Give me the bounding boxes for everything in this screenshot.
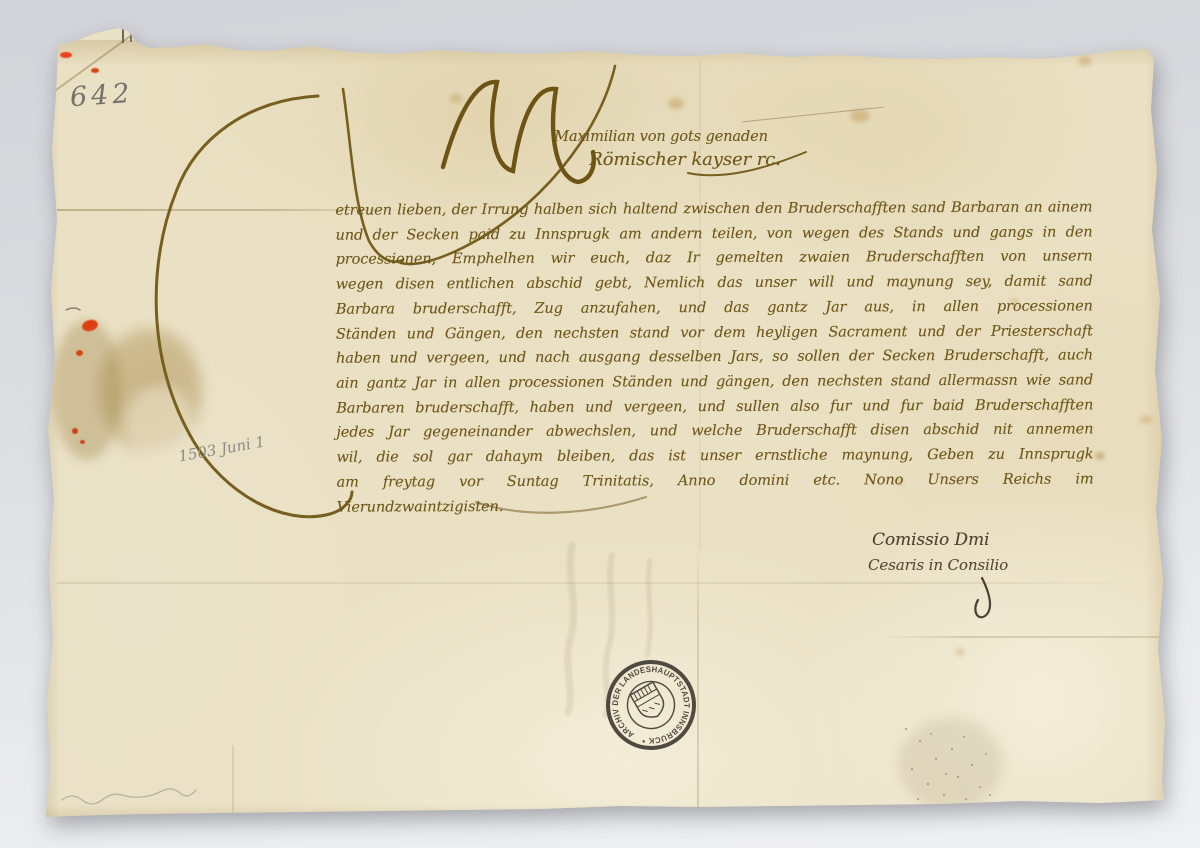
photo-background: 642 1503 Juni 1 Maximilian von gots gena… bbox=[0, 0, 1200, 848]
manuscript-line: Barbaren bruderschafft, haben und vergee… bbox=[336, 393, 1093, 421]
manuscript-paper: 642 1503 Juni 1 Maximilian von gots gena… bbox=[0, 0, 1200, 848]
heading-line-1: Maximilian von gots genaden bbox=[550, 129, 772, 145]
signature-line-1: Comissio Dmi bbox=[872, 530, 989, 550]
manuscript-line: Barbara bruderschafft, Zug anzufahen, un… bbox=[336, 294, 1093, 322]
manuscript-line: processionen, Emphelhen wir euch, daz Ir… bbox=[336, 245, 1093, 273]
manuscript-line: ain gantz Jar in allen processionen Stän… bbox=[336, 368, 1093, 396]
archive-stamp: ARCHIV DER LANDESHAUPTSTADT INNSBRUCK * bbox=[566, 620, 736, 790]
stamp-ring-text-holder: ARCHIV DER LANDESHAUPTSTADT INNSBRUCK * bbox=[596, 650, 706, 760]
stamp-outer-ring bbox=[592, 646, 709, 763]
pencil-smudge-bottom bbox=[62, 789, 196, 804]
catalog-number: 642 bbox=[69, 78, 135, 113]
paper-sheet: 642 1503 Juni 1 Maximilian von gots gena… bbox=[0, 0, 1200, 848]
manuscript-line: jedes Jar gegeneinander abwechslen, und … bbox=[336, 418, 1093, 446]
innsbruck-bridge-shield bbox=[630, 682, 669, 723]
manuscript-line: und der Secken paid zu Innsprugk am ande… bbox=[335, 220, 1092, 248]
signature-line-2: Cesaris in Consilio bbox=[868, 556, 1008, 574]
manuscript-line: Ständen und Gängen, den nechsten stand v… bbox=[336, 319, 1093, 347]
manuscript-line: wil, die sol gar dahaym bleiben, das ist… bbox=[336, 443, 1093, 471]
stamp-ring-text: ARCHIV DER LANDESHAUPTSTADT INNSBRUCK * bbox=[596, 650, 706, 760]
letter-body: etreuen lieben, der Irrung halben sich h… bbox=[335, 195, 1093, 520]
manuscript-line: Vierundzwaintzigisten. bbox=[337, 492, 1094, 520]
signature-flourish bbox=[975, 578, 990, 617]
manuscript-line: haben und vergeen, und nach ausgang dess… bbox=[336, 344, 1093, 372]
stain-hook-mark bbox=[66, 308, 80, 310]
heading-line-2: Römischer kayser rc. bbox=[560, 149, 810, 170]
manuscript-line: wegen disen entlichen abschid gebt, Neml… bbox=[336, 270, 1093, 298]
manuscript-line: etreuen lieben, der Irrung halben sich h… bbox=[335, 195, 1092, 223]
manuscript-line: am freytag vor Suntag Trinitatis, Anno d… bbox=[336, 467, 1093, 495]
